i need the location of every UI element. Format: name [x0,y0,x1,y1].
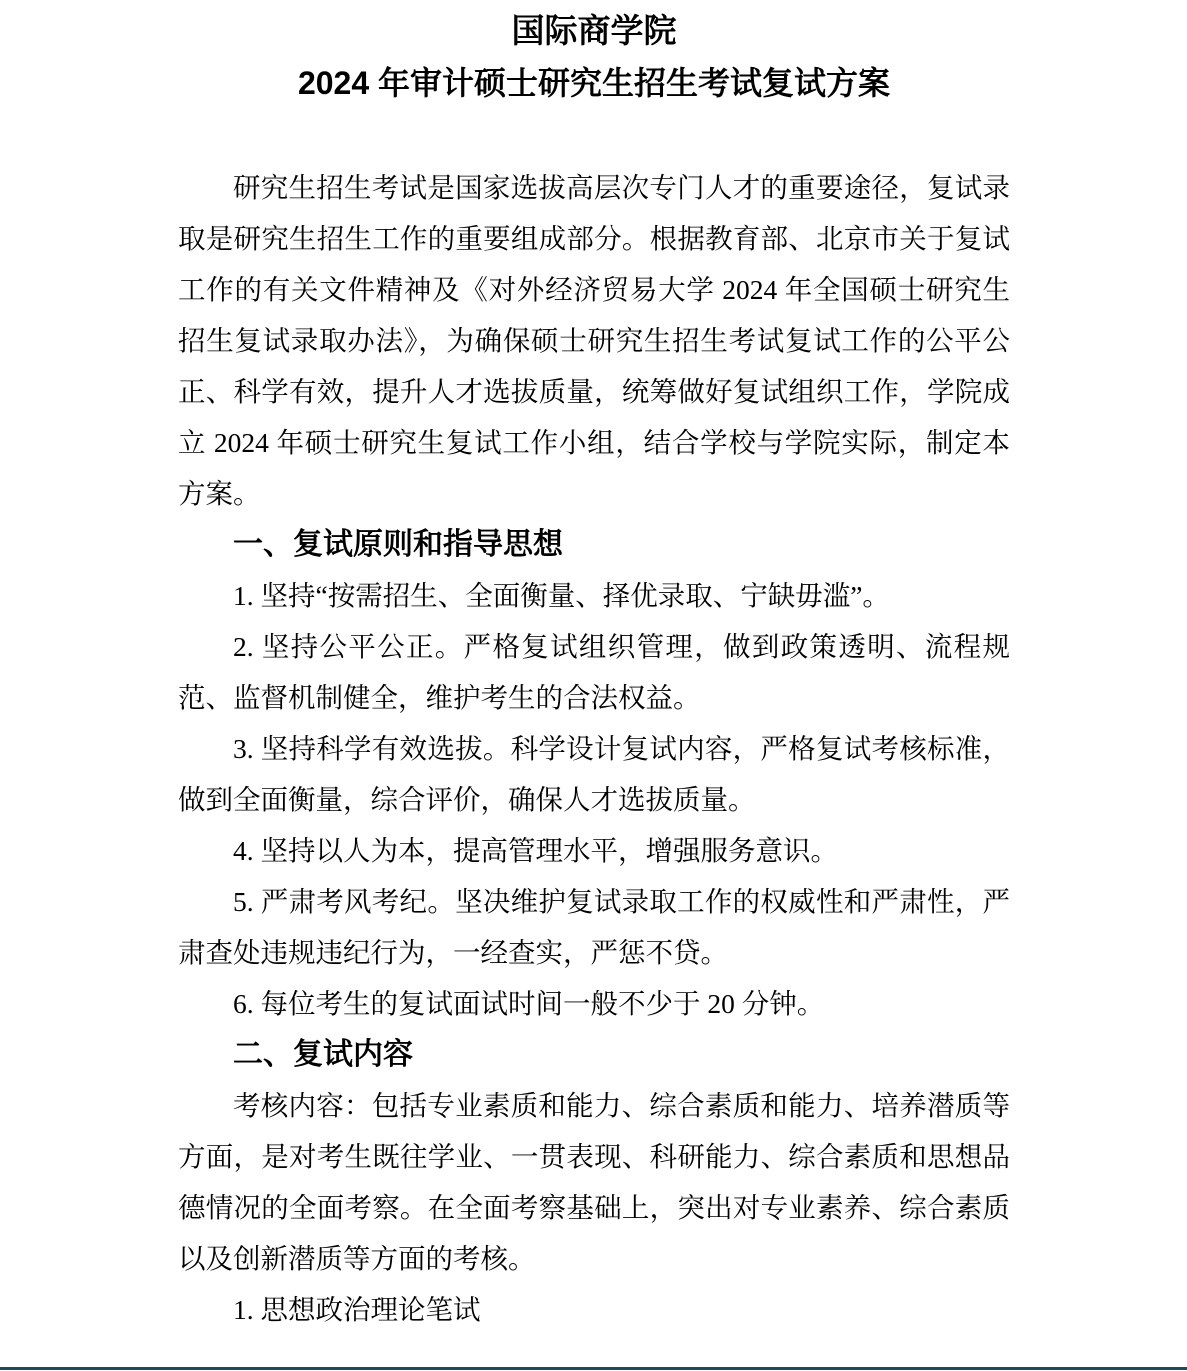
page-bottom-rule [0,1367,1187,1370]
principle-item-4: 4. 坚持以人为本，提高管理水平，增强服务意识。 [178,825,1010,876]
principle-item-2: 2. 坚持公平公正。严格复试组织管理，做到政策透明、流程规范、监督机制健全，维护… [178,621,1010,723]
section2-paragraph: 考核内容：包括专业素质和能力、综合素质和能力、培养潜质等方面，是对考生既往学业、… [178,1080,1010,1284]
section2-subitem: 1. 思想政治理论笔试 [178,1284,1010,1335]
principle-item-1: 1. 坚持“按需招生、全面衡量、择优录取、宁缺毋滥”。 [178,570,1010,621]
principle-item-6: 6. 每位考生的复试面试时间一般不少于 20 分钟。 [178,978,1010,1029]
principle-item-3: 3. 坚持科学有效选拔。科学设计复试内容，严格复试考核标准，做到全面衡量，综合评… [178,723,1010,825]
doc-title-line2: 2024 年审计硕士研究生招生考试复试方案 [178,56,1010,110]
document-page: 国际商学院 2024 年审计硕士研究生招生考试复试方案 研究生招生考试是国家选拔… [0,0,1187,1371]
principle-item-5: 5. 严肃考风考纪。坚决维护复试录取工作的权威性和严肃性，严肃查处违规违纪行为，… [178,876,1010,978]
doc-title-line1: 国际商学院 [178,6,1010,56]
section1-heading: 一、复试原则和指导思想 [178,519,1010,570]
intro-paragraph: 研究生招生考试是国家选拔高层次专门人才的重要途径，复试录取是研究生招生工作的重要… [178,162,1010,519]
section2-heading: 二、复试内容 [178,1029,1010,1080]
